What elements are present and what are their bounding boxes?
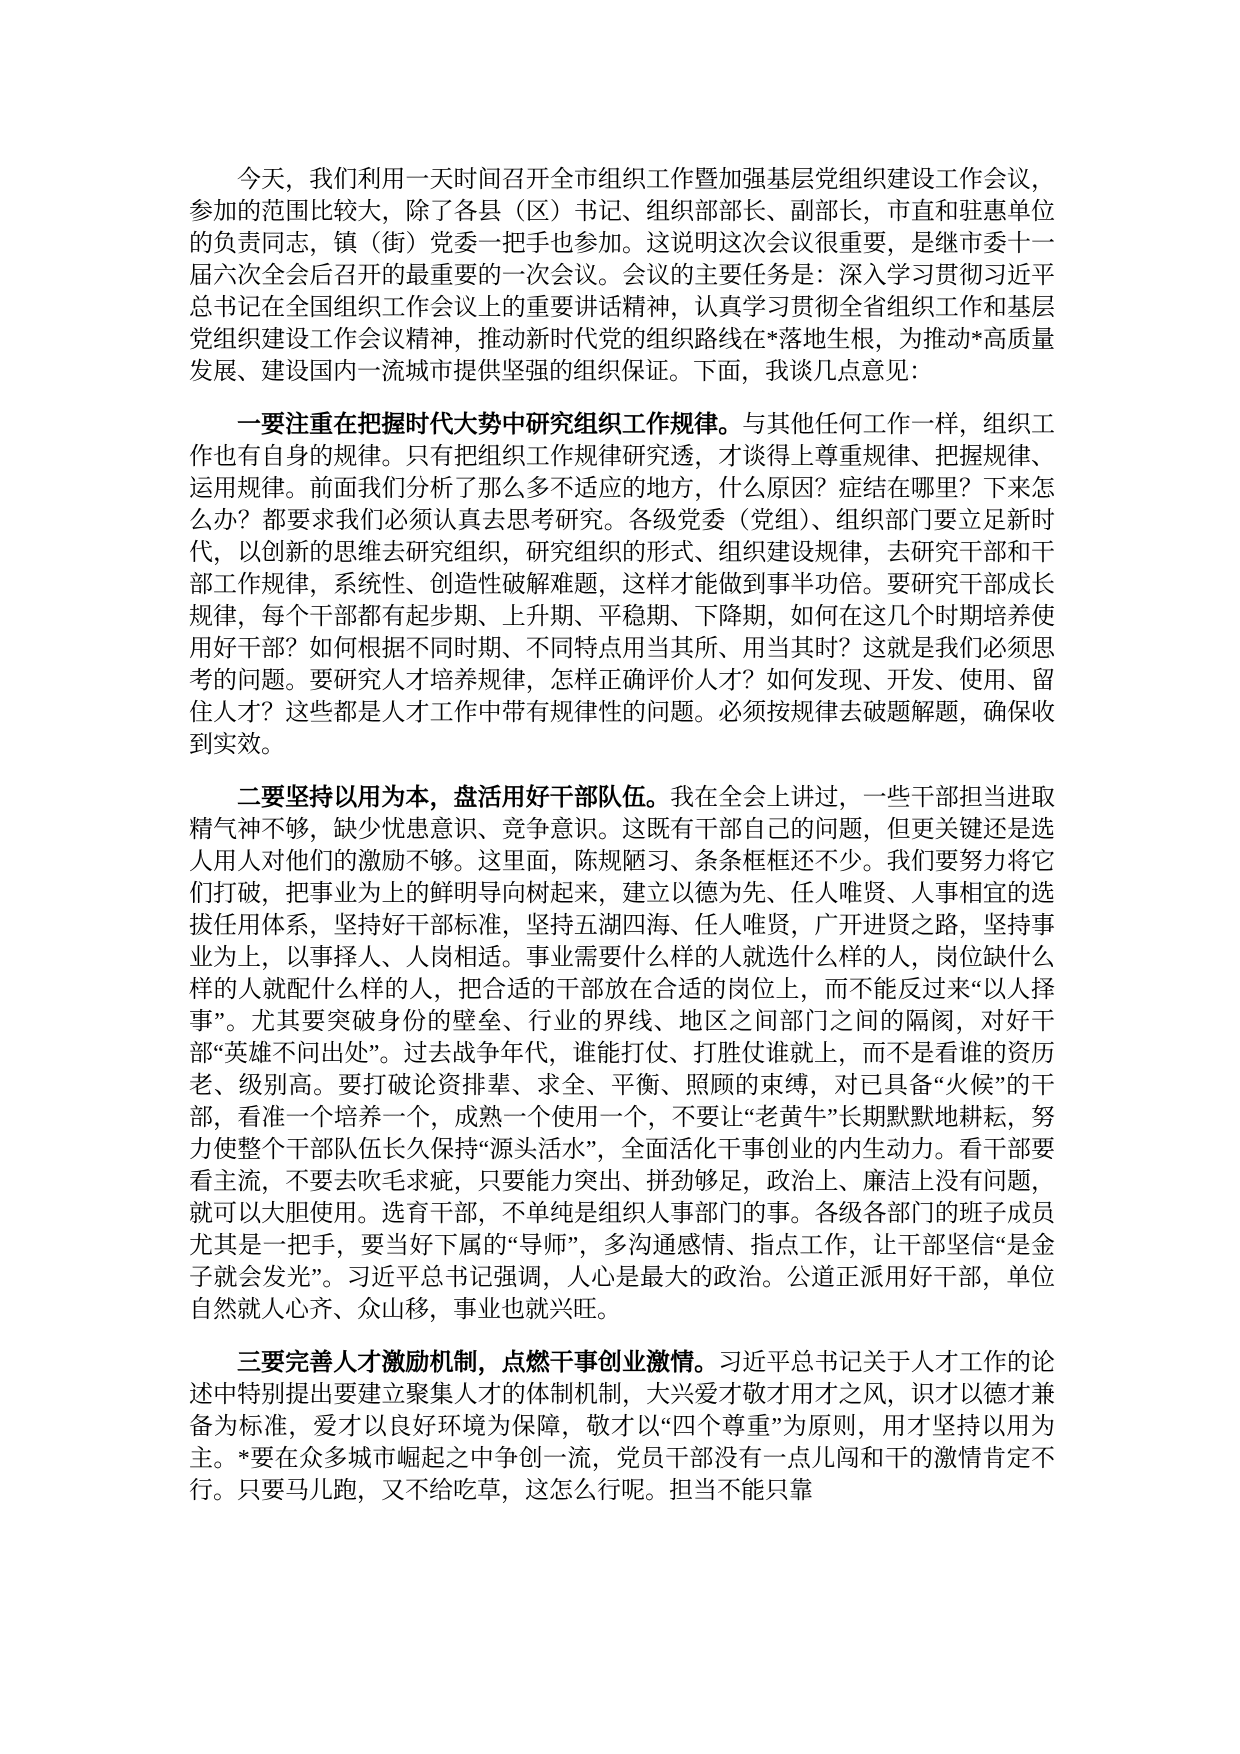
document-page: 今天，我们利用一天时间召开全市组织工作暨加强基层党组织建设工作会议，参加的范围比… — [0, 0, 1240, 1754]
paragraph-lead: 一要注重在把握时代大势中研究组织工作规律。 — [237, 412, 742, 438]
paragraph: 一要注重在把握时代大势中研究组织工作规律。与其他任何工作一样，组织工作也有自身的… — [189, 409, 1055, 761]
paragraph-lead: 三要完善人才激励机制，点燃干事创业激情。 — [237, 1350, 718, 1376]
paragraph: 今天，我们利用一天时间召开全市组织工作暨加强基层党组织建设工作会议，参加的范围比… — [189, 164, 1055, 388]
paragraph: 三要完善人才激励机制，点燃干事创业激情。习近平总书记关于人才工作的论述中特别提出… — [189, 1347, 1055, 1507]
paragraph-body: 我在全会上讲过，一些干部担当进取精气神不够，缺少忧患意识、竞争意识。这既有干部自… — [189, 785, 1055, 1323]
paragraph-body: 今天，我们利用一天时间召开全市组织工作暨加强基层党组织建设工作会议，参加的范围比… — [189, 167, 1055, 385]
paragraph-lead: 二要坚持以用为本，盘活用好干部队伍。 — [237, 785, 670, 811]
paragraph-body: 与其他任何工作一样，组织工作也有自身的规律。只有把组织工作规律研究透，才谈得上尊… — [189, 412, 1055, 758]
paragraph: 二要坚持以用为本，盘活用好干部队伍。我在全会上讲过，一些干部担当进取精气神不够，… — [189, 782, 1055, 1326]
document-text-block: 今天，我们利用一天时间召开全市组织工作暨加强基层党组织建设工作会议，参加的范围比… — [189, 164, 1055, 1507]
